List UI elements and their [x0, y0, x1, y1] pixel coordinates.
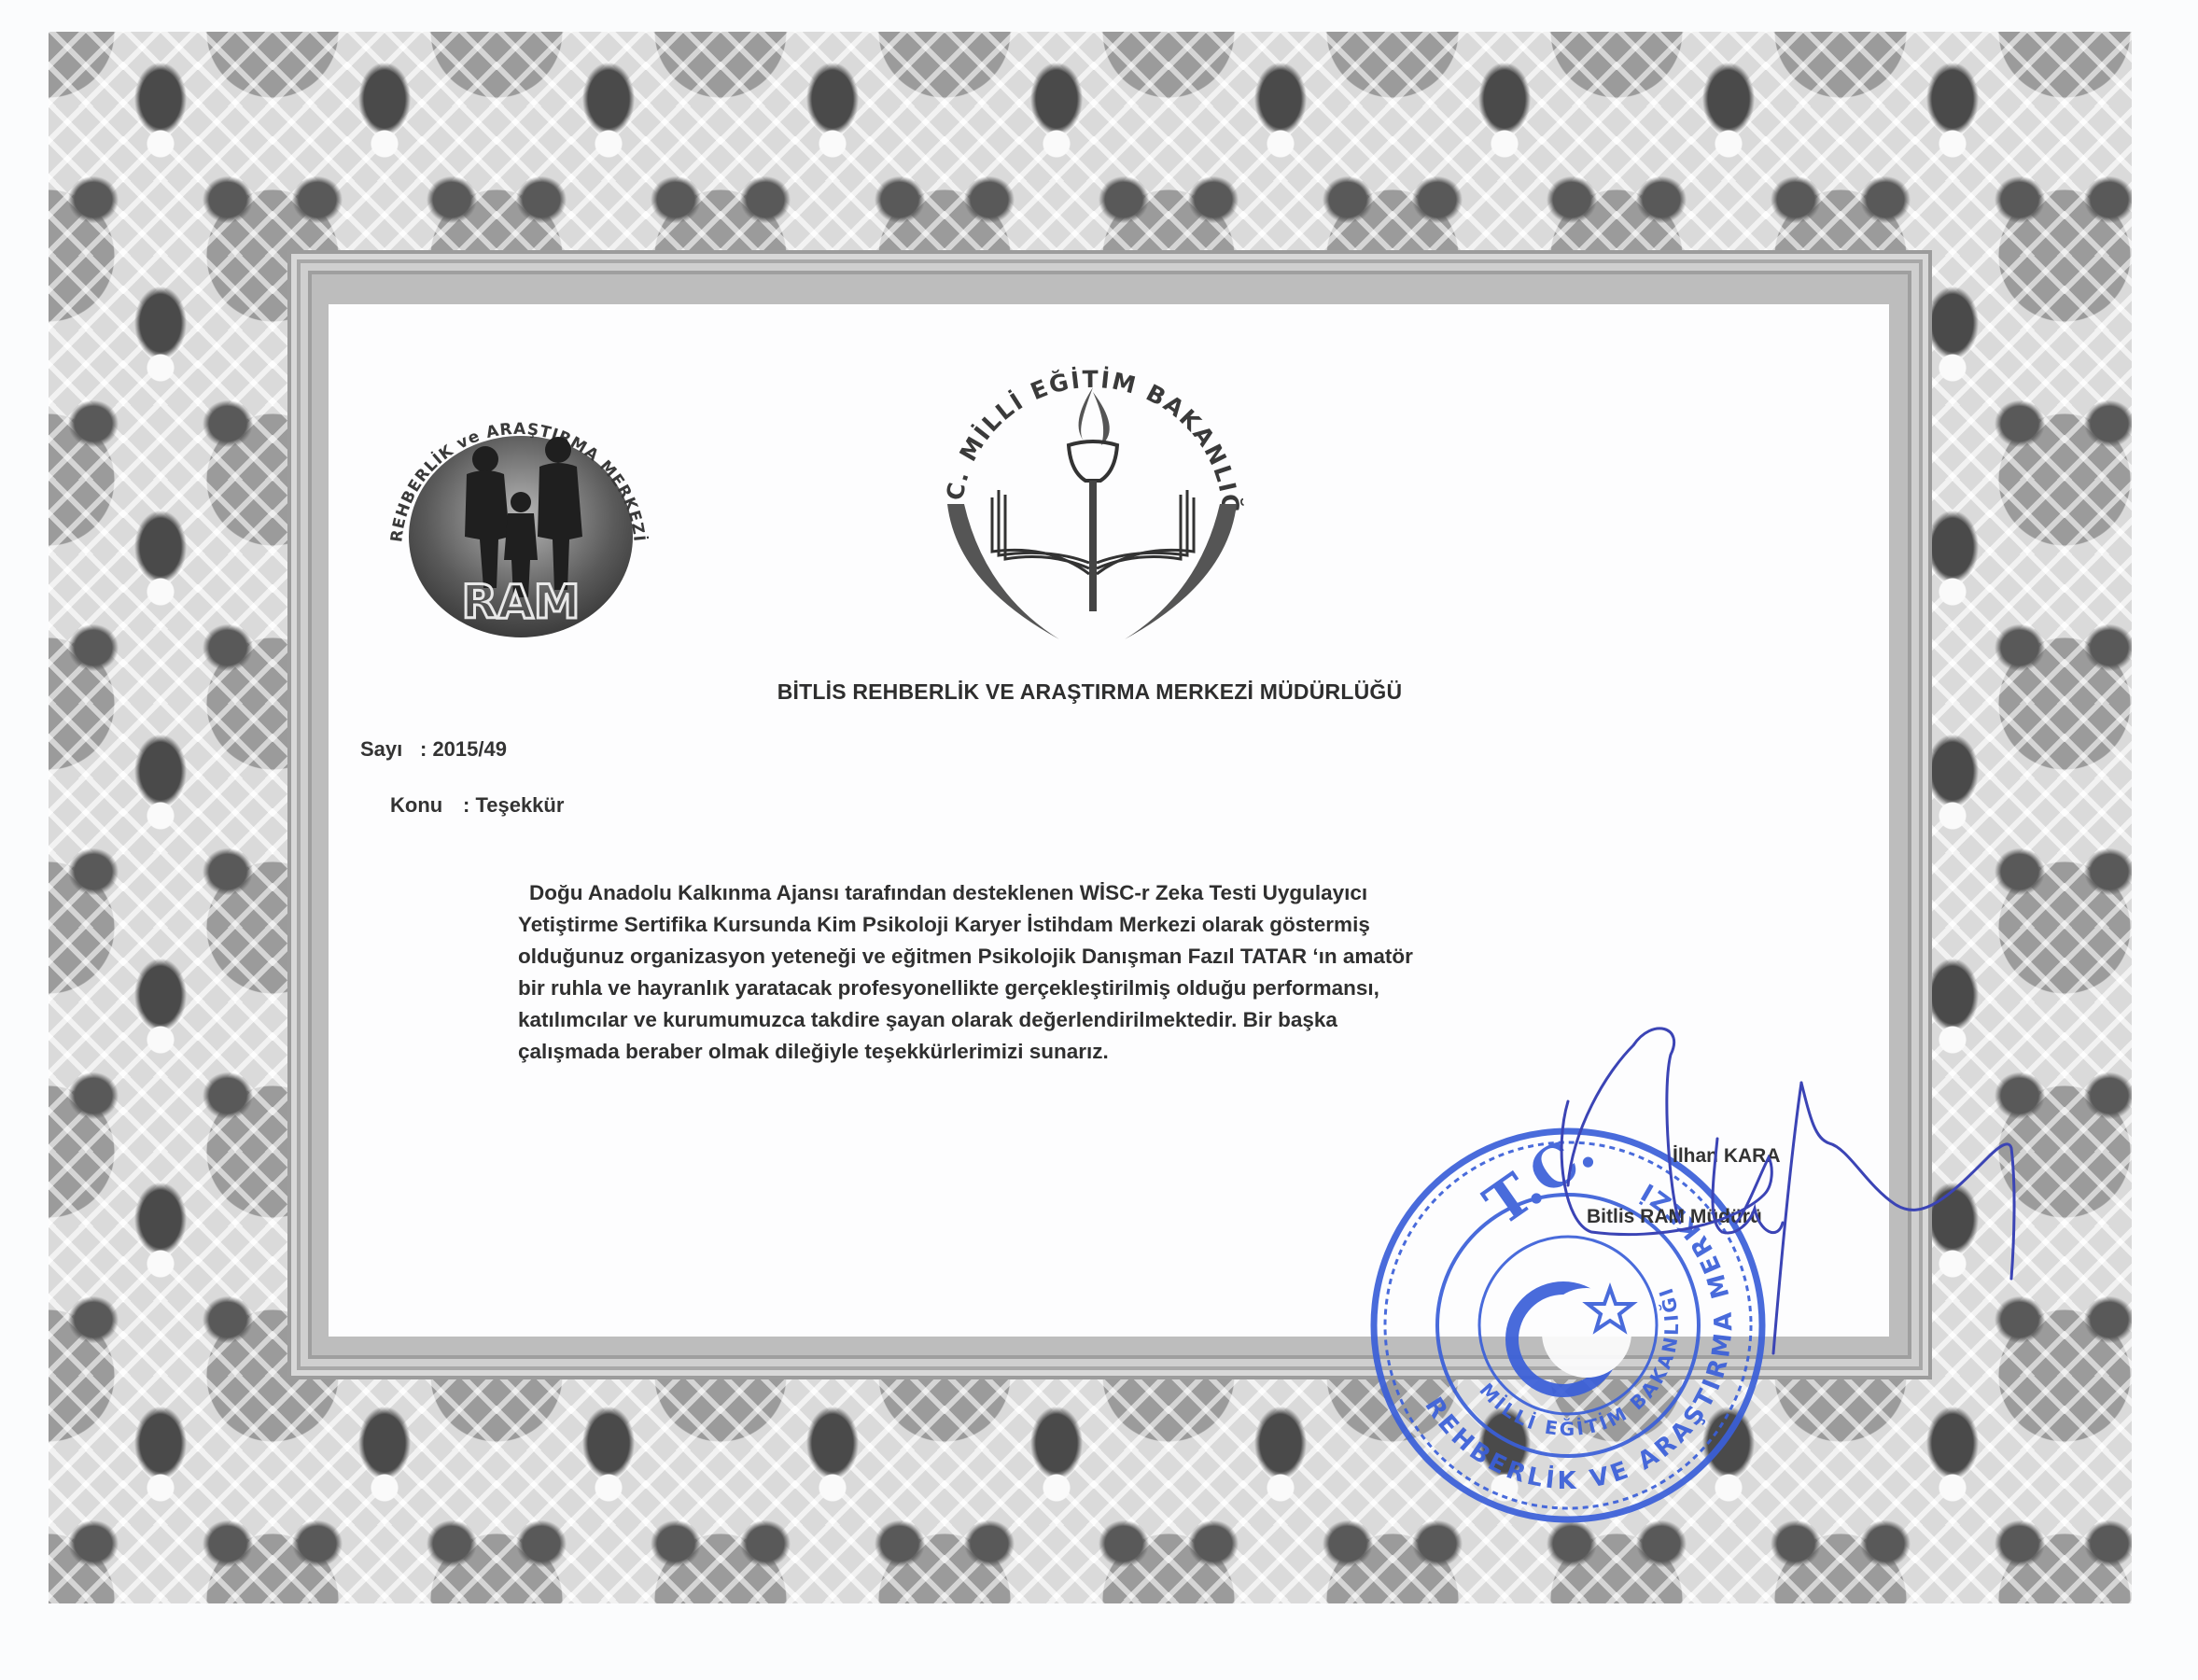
body-line: olduğunuz organizasyon yeteneği ve eğitm…: [518, 941, 1619, 973]
meb-logo: T.C. MİLLİ EĞİTİM BAKANLIĞI: [919, 341, 1265, 653]
body-line: katılımcılar ve kurumumuzca takdire şaya…: [518, 1004, 1619, 1036]
svg-text:T.C. MİLLİ EĞİTİM BAKANLIĞI: T.C. MİLLİ EĞİTİM BAKANLIĞI: [919, 341, 1245, 516]
meb-arc-text: T.C. MİLLİ EĞİTİM BAKANLIĞI: [919, 341, 1245, 516]
handwritten-signature: [1549, 999, 2165, 1372]
body-line: çalışmada beraber olmak dileğiyle teşekk…: [518, 1036, 1619, 1068]
ram-logo: REHBERLİK ve ARAŞTIRMA MERKEZİ RAM: [373, 373, 663, 644]
sayi-value: : 2015/49: [420, 737, 507, 761]
konu-value: : Teşekkür: [463, 793, 564, 817]
ram-label: RAM: [462, 575, 581, 629]
body-line: bir ruhla ve hayranlık yaratacak profesy…: [518, 973, 1619, 1004]
body-line: Doğu Anadolu Kalkınma Ajansı tarafından …: [518, 877, 1619, 909]
reference-number: Sayı: 2015/49: [360, 737, 507, 762]
konu-label: Konu: [390, 793, 463, 818]
letter-body: Doğu Anadolu Kalkınma Ajansı tarafından …: [518, 877, 1619, 1068]
subject: Konu: Teşekkür: [390, 793, 564, 818]
body-line: Yetiştirme Sertifika Kursunda Kim Psikol…: [518, 909, 1619, 941]
sayi-label: Sayı: [360, 737, 420, 762]
org-title: BİTLİS REHBERLİK VE ARAŞTIRMA MERKEZİ MÜ…: [0, 679, 2189, 705]
